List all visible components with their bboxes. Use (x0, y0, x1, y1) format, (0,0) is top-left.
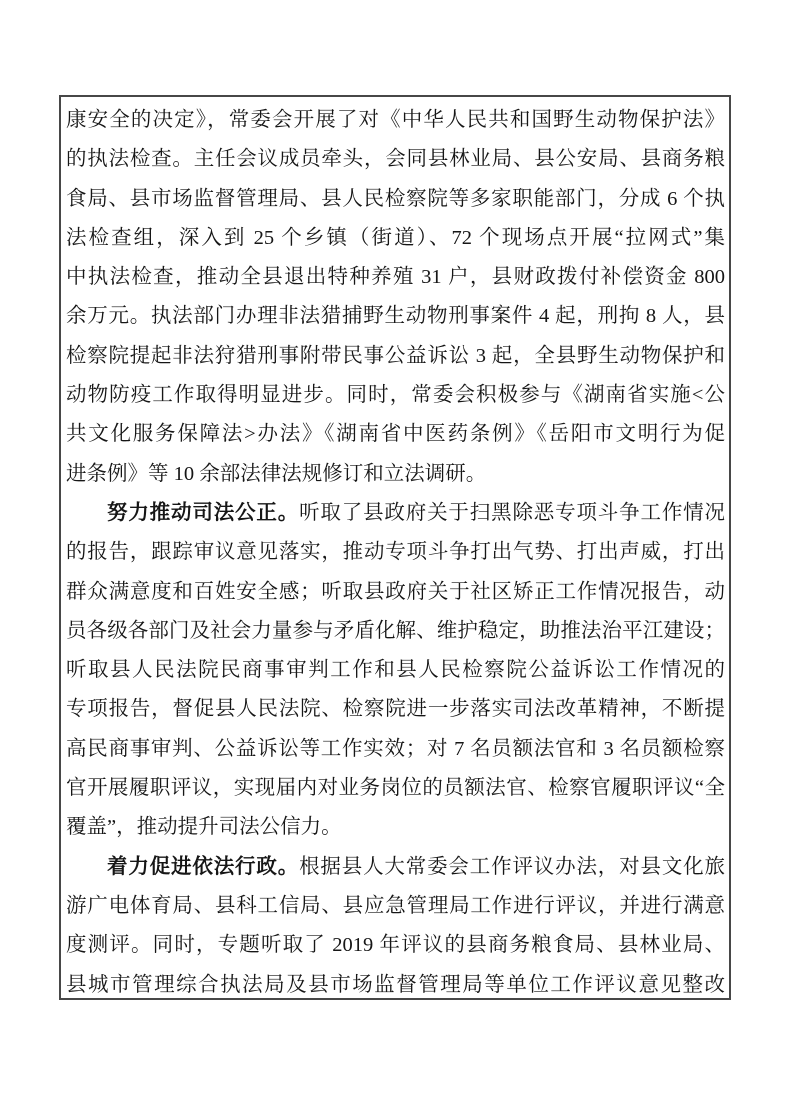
text-run: 游广电体育局、县科工信局、县应急管理局工作进行评议，并进行满意 (66, 895, 725, 917)
text-line: 动物防疫工作取得明显进步。同时，常委会积极参与《湖南省实施<公 (66, 376, 725, 415)
text-line: 专项报告，督促县人民法院、检察院进一步落实司法改革精神，不断提 (66, 690, 725, 729)
text-run: 度测评。同时，专题听取了 2019 年评议的县商务粮食局、县林业局、 (66, 934, 725, 956)
text-line: 进条例》等 10 余部法律法规修订和立法调研。 (66, 455, 725, 494)
document-text: 康安全的决定》，常委会开展了对《中华人民共和国野生动物保护法》的执法检查。主任会… (61, 97, 729, 1005)
text-run: 动物防疫工作取得明显进步。同时，常委会积极参与《湖南省实施<公 (66, 384, 725, 406)
text-run: 覆盖”，推动提升司法公信力。 (66, 816, 342, 838)
text-line: 高民商事审判、公益诉讼等工作实效；对 7 名员额法官和 3 名员额检察 (66, 730, 725, 769)
text-run: 食局、县市场监督管理局、县人民检察院等多家职能部门，分成 6 个执 (66, 188, 725, 210)
text-line: 游广电体育局、县科工信局、县应急管理局工作进行评议，并进行满意 (66, 887, 725, 926)
text-run: 的执法检查。主任会议成员牵头，会同县林业局、县公安局、县商务粮 (66, 148, 725, 170)
text-run: 余万元。执法部门办理非法猎捕野生动物刑事案件 4 起，刑拘 8 人，县 (66, 305, 725, 327)
document-page: { "page": { "background": "#ffffff", "te… (0, 0, 790, 1118)
text-line: 度测评。同时，专题听取了 2019 年评议的县商务粮食局、县林业局、 (66, 926, 725, 965)
paragraph-lead-bold: 着力促进依法行政。 (107, 856, 299, 878)
text-line: 共文化服务保障法>办法》《湖南省中医药条例》《岳阳市文明行为促 (66, 415, 725, 454)
text-run: 的报告，跟踪审议意见落实，推动专项斗争打出气势、打出声威，打出 (66, 541, 725, 563)
text-run: 根据县人大常委会工作评议办法，对县文化旅 (299, 856, 725, 878)
text-run: 共文化服务保障法>办法》《湖南省中医药条例》《岳阳市文明行为促 (66, 423, 725, 445)
text-run: 进条例》等 10 余部法律法规修订和立法调研。 (66, 463, 486, 485)
text-line: 群众满意度和百姓安全感；听取县政府关于社区矫正工作情况报告，动 (66, 573, 725, 612)
text-run: 县城市管理综合执法局及县市场监督管理局等单位工作评议意见整改 (66, 974, 725, 996)
text-line: 着力促进依法行政。根据县人大常委会工作评议办法，对县文化旅 (66, 848, 725, 887)
text-run: 员各级各部门及社会力量参与矛盾化解、维护稳定，助推法治平江建设； (66, 620, 725, 642)
text-line: 官开展履职评议，实现届内对业务岗位的员额法官、检察官履职评议“全 (66, 769, 725, 808)
text-line: 食局、县市场监督管理局、县人民检察院等多家职能部门，分成 6 个执 (66, 180, 725, 219)
page-border-frame: 康安全的决定》，常委会开展了对《中华人民共和国野生动物保护法》的执法检查。主任会… (59, 95, 731, 1000)
text-run: 官开展履职评议，实现届内对业务岗位的员额法官、检察官履职评议“全 (66, 777, 725, 799)
text-line: 听取县人民法院民商事审判工作和县人民检察院公益诉讼工作情况的 (66, 651, 725, 690)
text-run: 高民商事审判、公益诉讼等工作实效；对 7 名员额法官和 3 名员额检察 (66, 738, 725, 760)
text-run: 群众满意度和百姓安全感；听取县政府关于社区矫正工作情况报告，动 (66, 581, 725, 603)
text-line: 康安全的决定》，常委会开展了对《中华人民共和国野生动物保护法》 (66, 101, 725, 140)
text-run: 专项报告，督促县人民法院、检察院进一步落实司法改革精神，不断提 (66, 698, 725, 720)
text-line: 中执法检查，推动全县退出特种养殖 31 户，县财政拨付补偿资金 800 (66, 258, 725, 297)
text-line: 覆盖”，推动提升司法公信力。 (66, 808, 725, 847)
text-line: 县城市管理综合执法局及县市场监督管理局等单位工作评议意见整改 (66, 966, 725, 1005)
text-run: 检察院提起非法狩猎刑事附带民事公益诉讼 3 起，全县野生动物保护和 (66, 345, 725, 367)
text-run: 听取县人民法院民商事审判工作和县人民检察院公益诉讼工作情况的 (66, 659, 725, 681)
text-run: 康安全的决定》，常委会开展了对《中华人民共和国野生动物保护法》 (66, 109, 725, 131)
text-line: 的执法检查。主任会议成员牵头，会同县林业局、县公安局、县商务粮 (66, 140, 725, 179)
text-run: 听取了县政府关于扫黑除恶专项斗争工作情况 (299, 502, 725, 524)
text-line: 法检查组，深入到 25 个乡镇（街道）、72 个现场点开展“拉网式”集 (66, 219, 725, 258)
text-run: 中执法检查，推动全县退出特种养殖 31 户，县财政拨付补偿资金 800 (66, 266, 725, 288)
text-line: 努力推动司法公正。听取了县政府关于扫黑除恶专项斗争工作情况 (66, 494, 725, 533)
text-line: 检察院提起非法狩猎刑事附带民事公益诉讼 3 起，全县野生动物保护和 (66, 337, 725, 376)
text-line: 员各级各部门及社会力量参与矛盾化解、维护稳定，助推法治平江建设； (66, 612, 725, 651)
text-line: 的报告，跟踪审议意见落实，推动专项斗争打出气势、打出声威，打出 (66, 533, 725, 572)
paragraph-lead-bold: 努力推动司法公正。 (107, 502, 299, 524)
text-run: 法检查组，深入到 25 个乡镇（街道）、72 个现场点开展“拉网式”集 (66, 227, 725, 249)
text-line: 余万元。执法部门办理非法猎捕野生动物刑事案件 4 起，刑拘 8 人，县 (66, 297, 725, 336)
